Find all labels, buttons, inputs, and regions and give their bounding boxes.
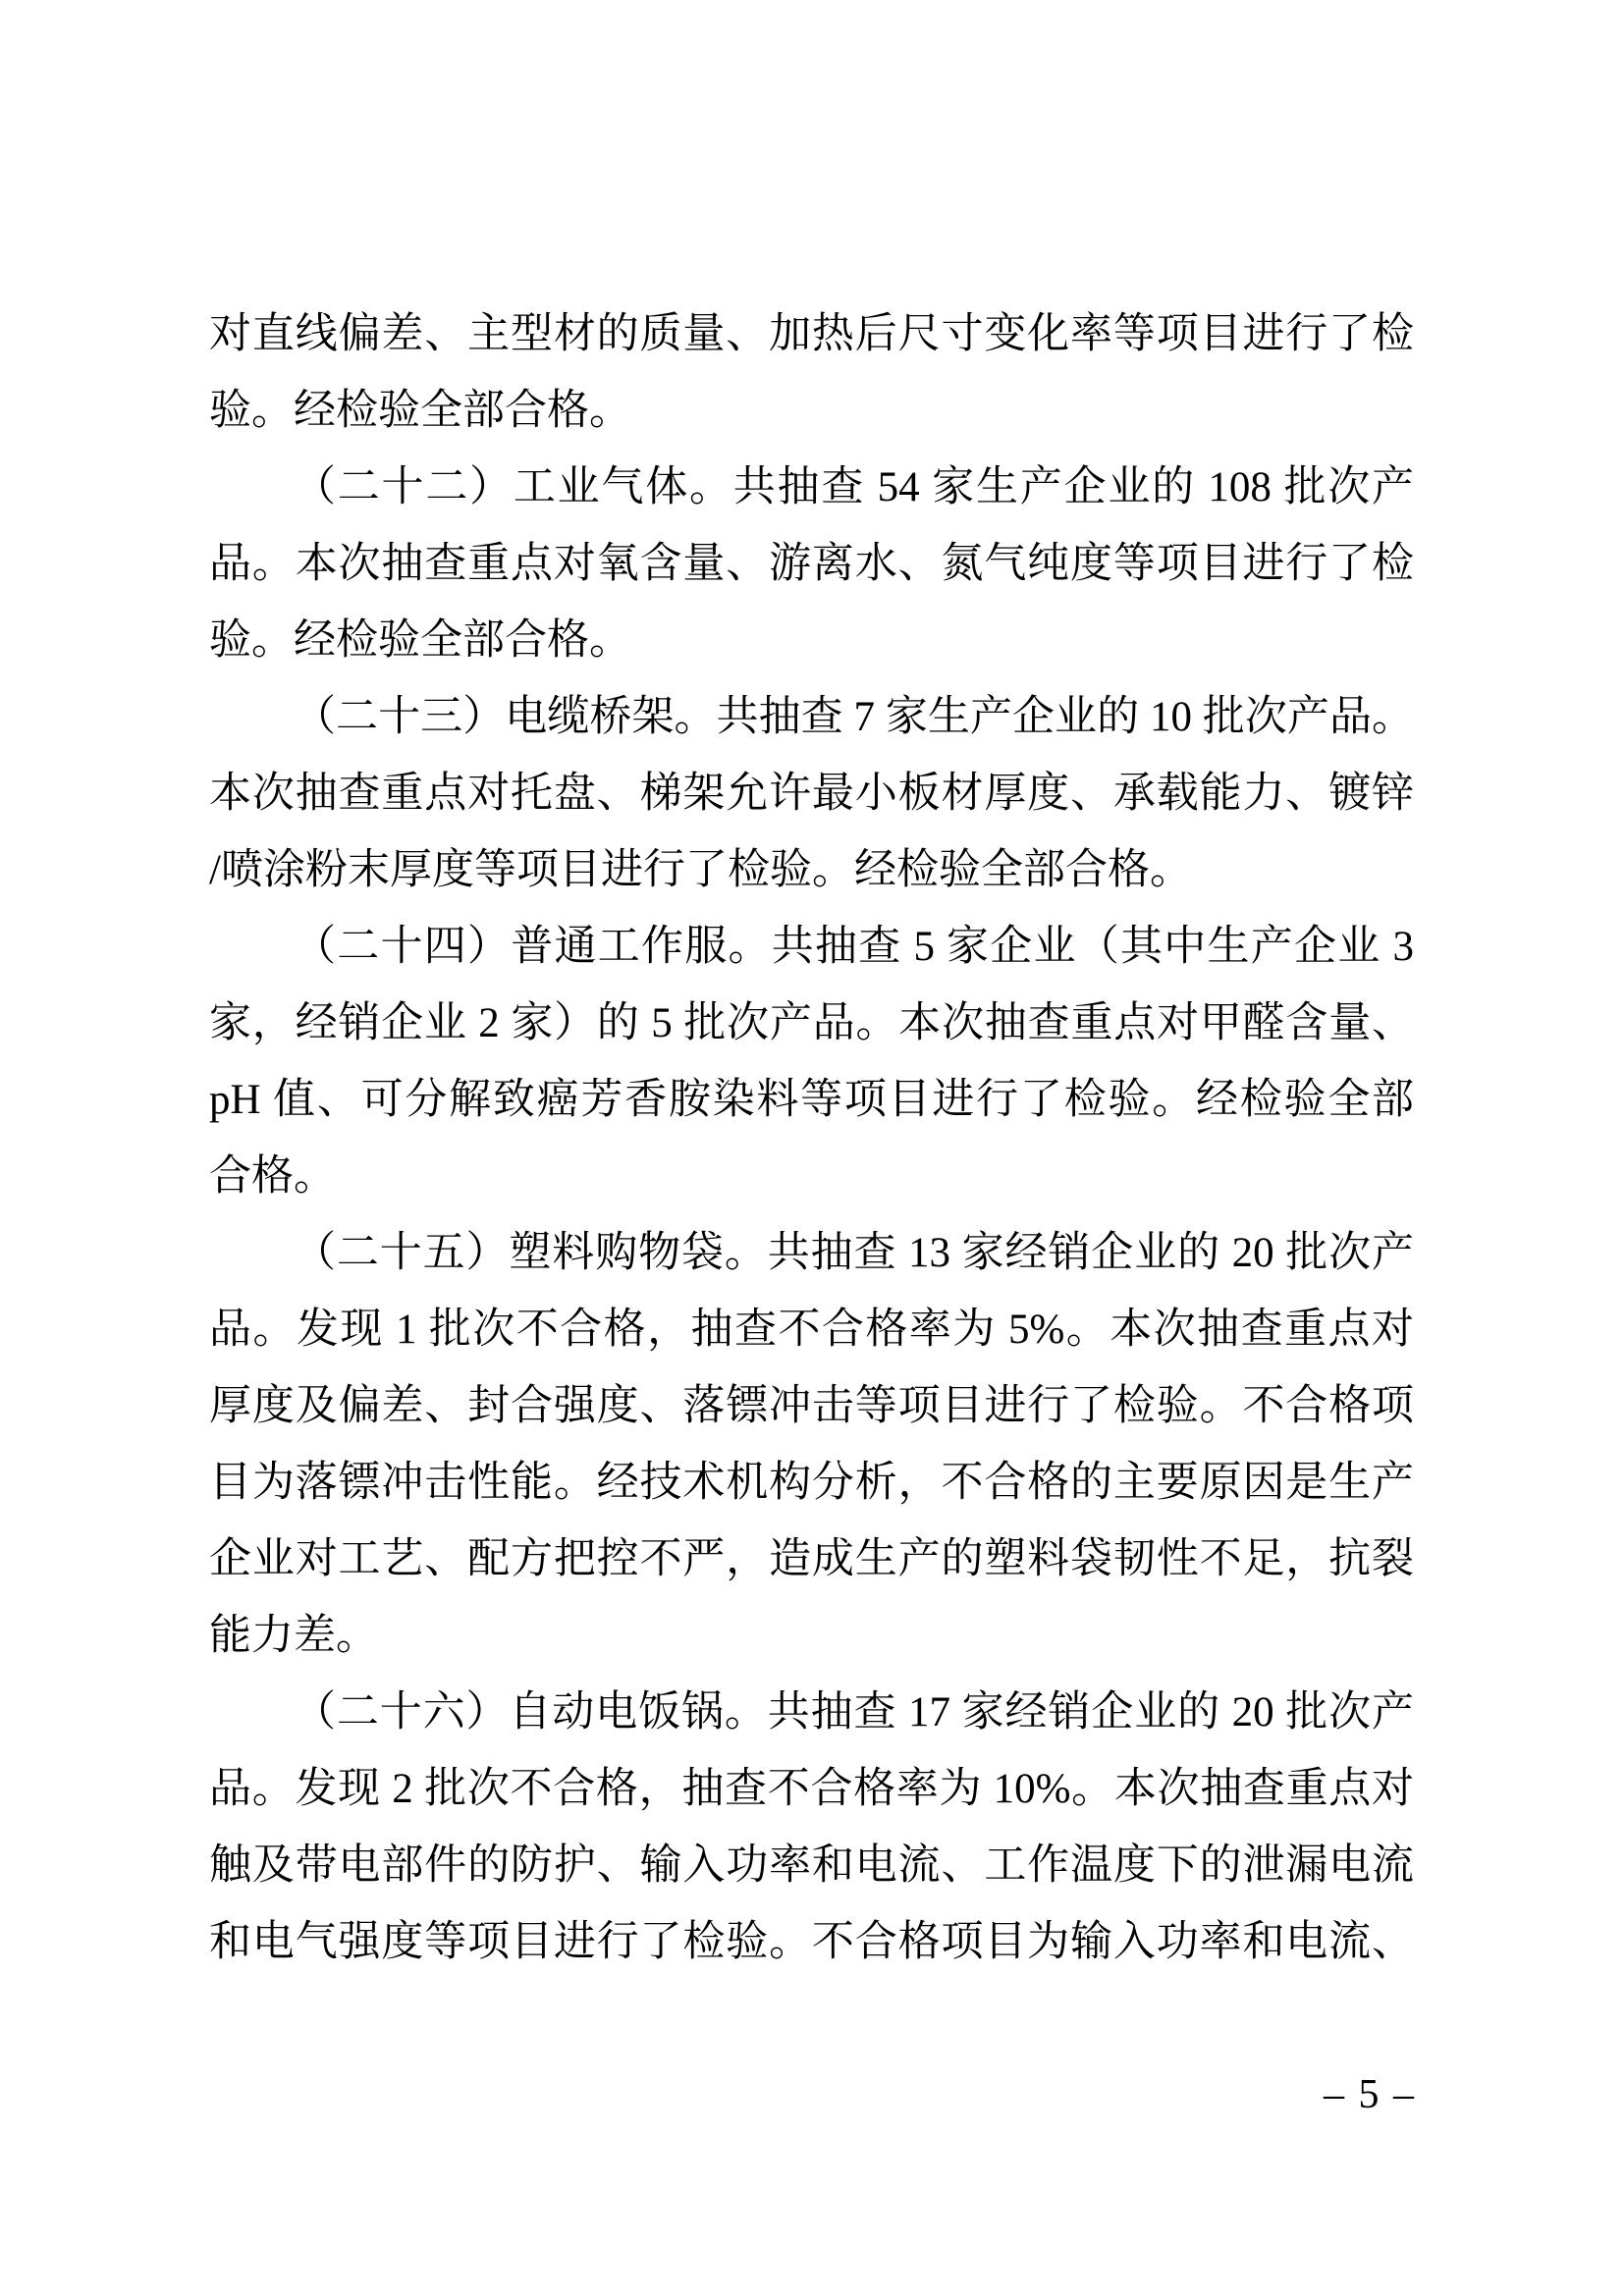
text-line: 和电气强度等项目进行了检验。不合格项目为输入功率和电流、 <box>209 1904 1414 1981</box>
text-line: 品。发现 1 批次不合格，抽查不合格率为 5%。本次抽查重点对 <box>209 1292 1414 1368</box>
text-line: 合格。 <box>209 1139 1414 1215</box>
text-line-section-24: （二十四）普通工作服。共抽查 5 家企业（其中生产企业 3 <box>209 909 1414 986</box>
document-body: 对直线偏差、主型材的质量、加热后尺寸变化率等项目进行了检 验。经检验全部合格。 … <box>209 296 1414 1981</box>
text-line: 验。经检验全部合格。 <box>209 603 1414 679</box>
text-line-section-22: （二十二）工业气体。共抽查 54 家生产企业的 108 批次产 <box>209 450 1414 526</box>
text-line: 厚度及偏差、封合强度、落镖冲击等项目进行了检验。不合格项 <box>209 1368 1414 1445</box>
text-line: 企业对工艺、配方把控不严，造成生产的塑料袋韧性不足，抗裂 <box>209 1522 1414 1598</box>
page-number: – 5 – <box>1324 2074 1416 2115</box>
text-line: 验。经检验全部合格。 <box>209 373 1414 450</box>
text-line: 家，经销企业 2 家）的 5 批次产品。本次抽查重点对甲醛含量、 <box>209 986 1414 1062</box>
text-line-section-25: （二十五）塑料购物袋。共抽查 13 家经销企业的 20 批次产 <box>209 1215 1414 1292</box>
text-line: 品。发现 2 批次不合格，抽查不合格率为 10%。本次抽查重点对 <box>209 1751 1414 1828</box>
document-page: 对直线偏差、主型材的质量、加热后尺寸变化率等项目进行了检 验。经检验全部合格。 … <box>0 0 1624 2296</box>
text-line: 触及带电部件的防护、输入功率和电流、工作温度下的泄漏电流 <box>209 1828 1414 1904</box>
text-line: pH 值、可分解致癌芳香胺染料等项目进行了检验。经检验全部 <box>209 1062 1414 1139</box>
text-line: /喷涂粉末厚度等项目进行了检验。经检验全部合格。 <box>209 832 1414 909</box>
text-line: 品。本次抽查重点对氧含量、游离水、氮气纯度等项目进行了检 <box>209 526 1414 603</box>
text-line-section-26: （二十六）自动电饭锅。共抽查 17 家经销企业的 20 批次产 <box>209 1675 1414 1751</box>
text-line: 对直线偏差、主型材的质量、加热后尺寸变化率等项目进行了检 <box>209 296 1414 373</box>
text-line: 能力差。 <box>209 1598 1414 1675</box>
text-line: 目为落镖冲击性能。经技术机构分析，不合格的主要原因是生产 <box>209 1445 1414 1522</box>
text-line-section-23: （二十三）电缆桥架。共抽查 7 家生产企业的 10 批次产品。 <box>209 679 1414 756</box>
text-line: 本次抽查重点对托盘、梯架允许最小板材厚度、承载能力、镀锌 <box>209 756 1414 832</box>
